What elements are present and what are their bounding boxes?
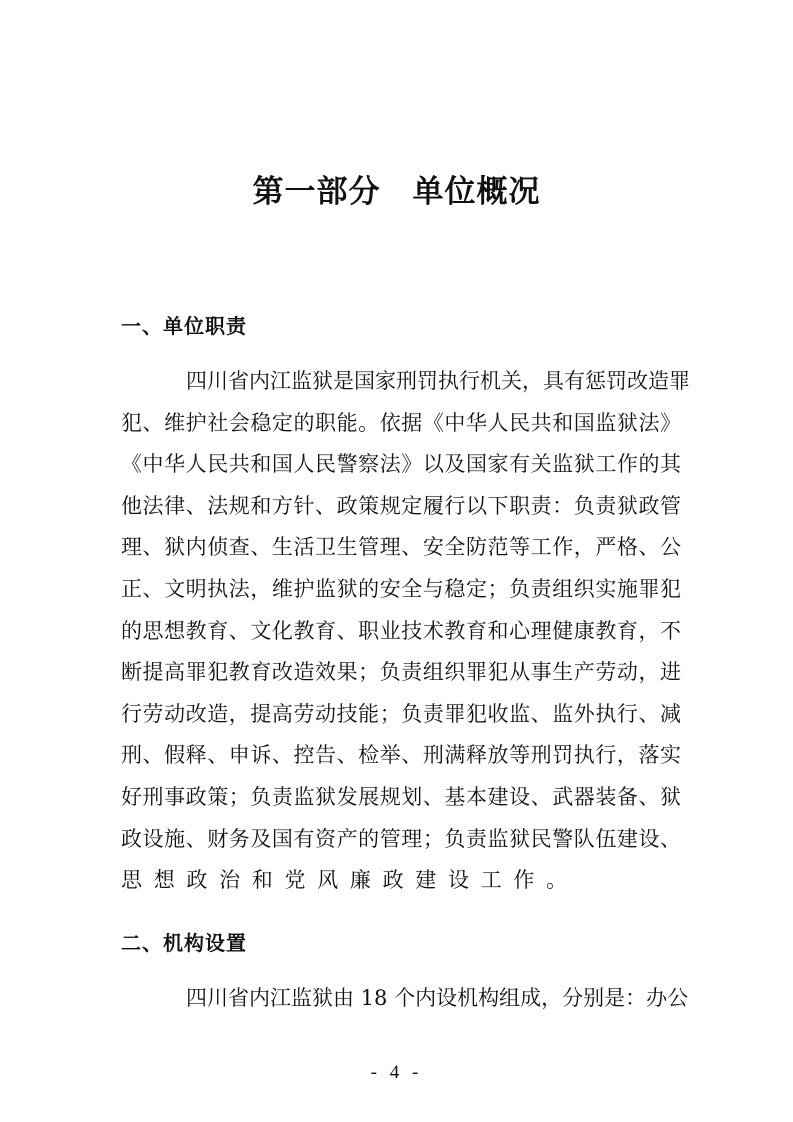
paragraph-line: 断提高罪犯教育改造效果；负责组织罪犯从事生产劳动，进 [121, 652, 681, 694]
section-heading-organization: 二、机构设置 [121, 927, 247, 956]
paragraph-duties: 四川省内江监狱是国家刑罚执行机关，具有惩罚改造罪 犯、维护社会稳定的职能。依据《… [121, 361, 681, 902]
paragraph-line: 犯、维护社会稳定的职能。依据《中华人民共和国监狱法》 [121, 403, 681, 445]
paragraph-line: 思想政治和党风廉政建设工作。 [121, 860, 681, 902]
paragraph-line: 四川省内江监狱是国家刑罚执行机关，具有惩罚改造罪 [121, 361, 681, 403]
paragraph-line: 正、文明执法，维护监狱的安全与稳定；负责组织实施罪犯 [121, 569, 681, 611]
paragraph-organization: 四川省内江监狱由 18 个内设机构组成，分别是：办公 [121, 978, 681, 1020]
paragraph-line: 四川省内江监狱由 18 个内设机构组成，分别是：办公 [121, 978, 681, 1020]
paragraph-line: 政设施、财务及国有资产的管理；负责监狱民警队伍建设、 [121, 819, 681, 861]
page-title: 第一部分 单位概况 [0, 166, 793, 211]
paragraph-line: 的思想教育、文化教育、职业技术教育和心理健康教育，不 [121, 611, 681, 653]
paragraph-line: 刑、假释、申诉、控告、检举、刑满释放等刑罚执行，落实 [121, 735, 681, 777]
page-number: - 4 - [0, 1062, 793, 1084]
paragraph-line: 《中华人民共和国人民警察法》以及国家有关监狱工作的其 [121, 444, 681, 486]
paragraph-line: 好刑事政策；负责监狱发展规划、基本建设、武器装备、狱 [121, 777, 681, 819]
paragraph-line: 理、狱内侦查、生活卫生管理、安全防范等工作，严格、公 [121, 527, 681, 569]
section-heading-duties: 一、单位职责 [121, 310, 247, 339]
paragraph-line: 他法律、法规和方针、政策规定履行以下职责：负责狱政管 [121, 486, 681, 528]
paragraph-line: 行劳动改造，提高劳动技能；负责罪犯收监、监外执行、减 [121, 694, 681, 736]
